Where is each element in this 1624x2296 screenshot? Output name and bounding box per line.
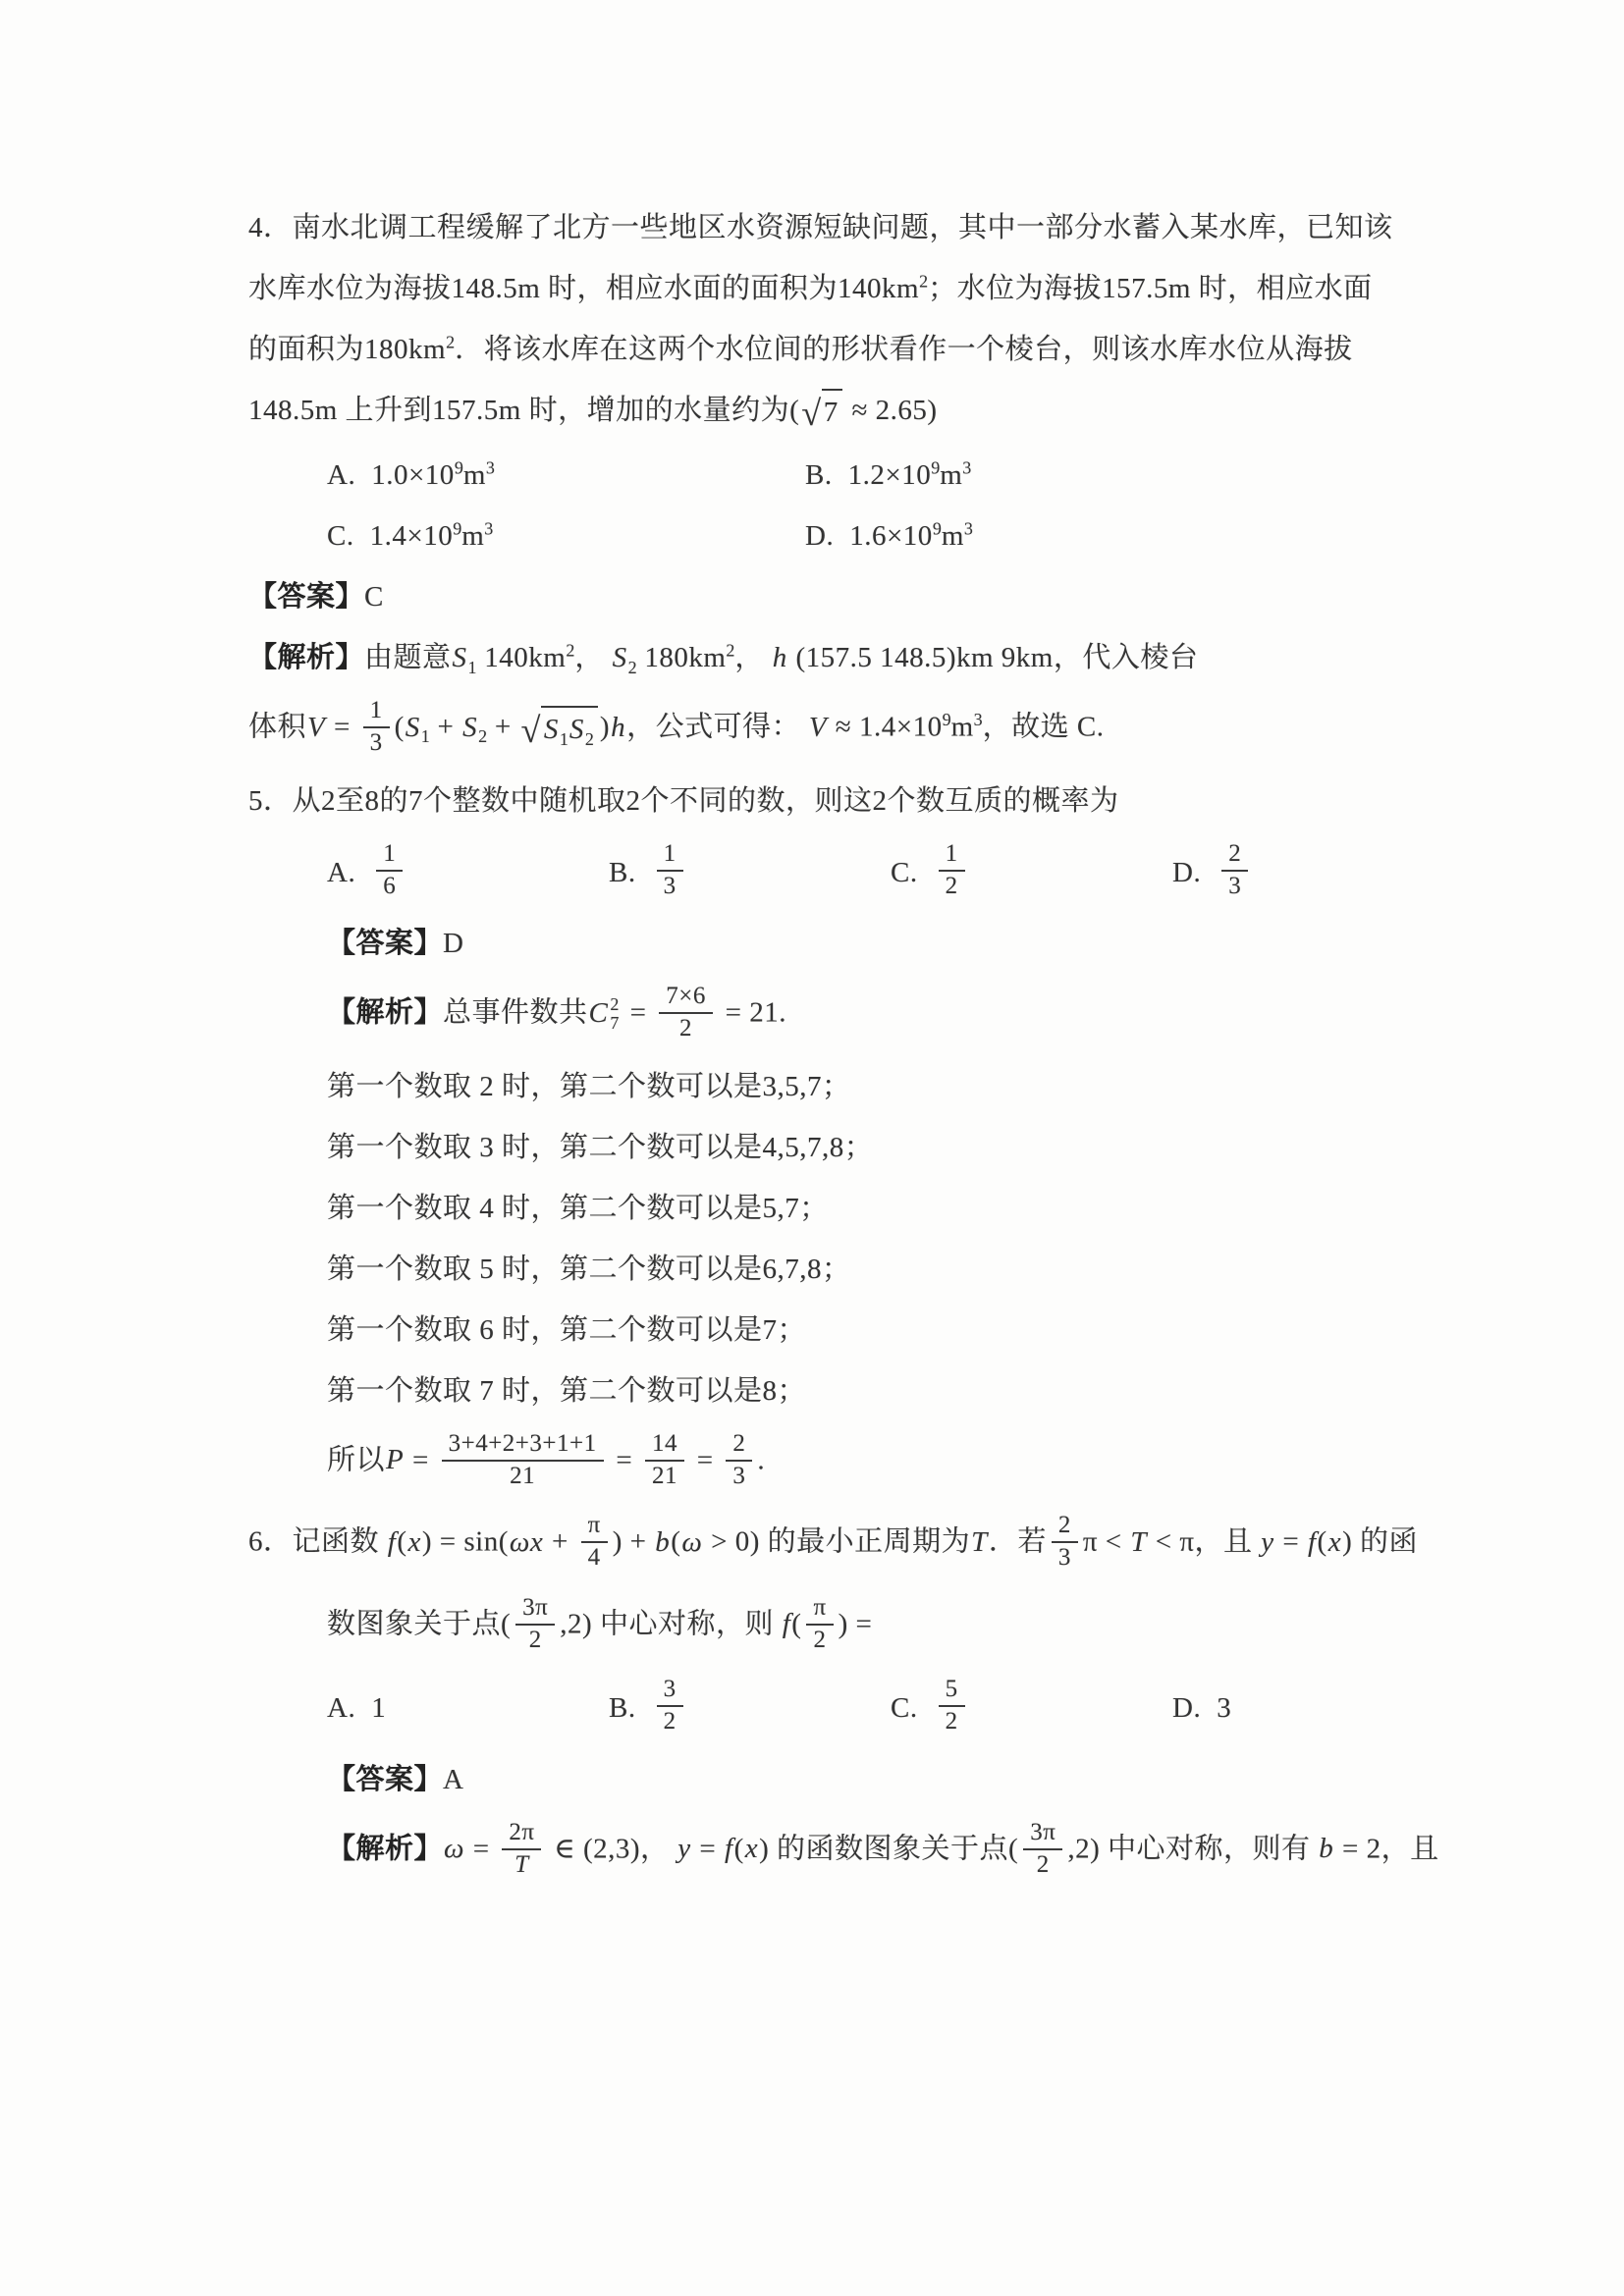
fraction-numerator: 3+4+2+3+1+1 [442,1430,604,1462]
italic-variable: T [970,1526,989,1558]
fraction-denominator: 2 [1030,1850,1056,1880]
italic-variable: f [1307,1526,1318,1558]
document-content: 4．南水北调工程缓解了北方一些地区水资源短缺问题，其中一部分水蓄入某水库，已知该… [248,208,1379,1881]
option-value: 13 [652,842,688,903]
superscript: 2 [726,641,734,661]
italic-variable: P [385,1444,405,1475]
q4-stem-line-3: 的面积为180km2．将该水库在这两个水位间的形状看作一个棱台，则该水库水位从海… [248,330,1379,369]
fraction-numerator: 7×6 [659,983,713,1014]
italic-variable: x [744,1833,759,1864]
superscript: 3 [484,519,493,539]
option-item: B.13 [609,842,891,903]
fraction-numerator: 3 [657,1676,683,1707]
italic-variable: S [461,712,478,743]
fraction: 23 [1221,840,1248,901]
option-label: A. [327,455,355,495]
section-marker: 【答案】 [327,1764,443,1795]
subscript: 1 [421,727,430,747]
exam-page: 4．南水北调工程缓解了北方一些地区水资源短缺问题，其中一部分水蓄入某水库，已知该… [0,0,1624,2296]
fraction-numerator: 2 [726,1430,752,1462]
fraction-denominator: 21 [645,1462,684,1491]
option-value: 1.0×109m3 [371,455,495,495]
radical-sign-icon: √ [520,712,540,749]
option-item: D.3 [1172,1678,1454,1738]
subscript: 2 [478,727,487,747]
fraction-numerator: 5 [939,1676,965,1707]
option-value: 1.2×109m3 [848,455,972,495]
fraction-denominator: 4 [581,1543,608,1573]
option-item: D.23 [1172,842,1454,903]
q4-stem-line-2: 水库水位为海拔148.5m 时，相应水面的面积为140km2；水位为海拔157.… [248,269,1379,308]
option-item: C.1.4×109m3 [327,516,805,556]
q4-answer: 【答案】C [248,577,1379,616]
fraction-numerator: 14 [645,1430,684,1462]
italic-variable: y [1260,1526,1274,1558]
fraction-denominator: 3 [363,728,390,758]
fraction: 23 [1052,1512,1078,1573]
superscript: 9 [933,519,942,539]
fraction: 23 [726,1430,752,1491]
superscript: 9 [455,458,463,478]
q6-answer: 【答案】A [248,1760,1379,1799]
option-label: A. [327,1688,355,1728]
option-value: 12 [934,842,970,903]
sqrt-radical: √7 [801,389,841,432]
superscript-subscript: 27 [610,995,620,1033]
fraction: 12 [939,840,965,901]
sqrt-radical: √S1S2 [520,706,597,749]
subscript: 2 [628,658,637,677]
option-label: D. [1172,853,1201,892]
option-value: 32 [652,1678,688,1738]
fraction: π2 [806,1594,833,1655]
q5-analysis-line-1: 【解析】总事件数共C27 = 7×62 = 21. [248,985,1379,1045]
superscript: 2 [919,271,928,291]
fraction-numerator: 1 [939,840,965,872]
italic-variable: S [405,712,421,743]
section-marker: 【解析】 [327,1833,443,1864]
option-value: 3 [1217,1688,1231,1728]
subscript: 7 [610,1014,620,1033]
fraction-numerator: 3π [515,1594,555,1626]
fraction: 3π2 [1023,1819,1062,1880]
fraction: 32 [657,1676,683,1736]
superscript: 2 [566,641,574,661]
superscript: 3 [962,458,971,478]
superscript: 2 [610,995,620,1014]
fraction-numerator: π [581,1512,608,1543]
fraction-denominator: 2 [522,1626,549,1655]
option-item: C.52 [891,1678,1172,1738]
option-label: C. [327,516,354,556]
fraction-denominator: 3 [1052,1543,1078,1573]
italic-variable: f [387,1526,398,1558]
option-value: 1.6×109m3 [849,516,973,556]
option-value: 1.4×109m3 [370,516,494,556]
fraction: 3π2 [515,1594,555,1655]
fraction: 7×62 [659,983,713,1043]
fraction: 52 [939,1676,965,1736]
fraction-numerator: π [806,1594,833,1626]
q5-analysis-line-5: 第一个数取 5 时，第二个数可以是6,7,8； [248,1250,1379,1289]
q5-analysis-line-3: 第一个数取 3 时，第二个数可以是4,5,7,8； [248,1128,1379,1167]
superscript: 9 [931,458,940,478]
superscript: 9 [943,710,951,729]
fraction: 1421 [645,1430,684,1491]
superscript: 3 [964,519,973,539]
q5-analysis-line-2: 第一个数取 2 时，第二个数可以是3,5,7； [248,1067,1379,1106]
q4-stem-line-4: 148.5m 上升到157.5m 时，增加的水量约为(√7 ≈ 2.65) [248,391,1379,434]
q5-stem: 5．从2至8的7个整数中随机取2个不同的数，则这2个数互质的概率为 [248,781,1379,821]
italic-variable: ω [680,1526,703,1558]
q6-stem-line-1: 6．记函数 f(x) = sin(ωx + π4) + b(ω > 0) 的最小… [248,1514,1379,1575]
option-label: A. [327,853,355,892]
option-item: A.1.0×109m3 [327,455,805,495]
q5-answer: 【答案】D [248,924,1379,963]
fraction-denominator: 3 [726,1462,752,1491]
option-label: B. [609,853,636,892]
superscript: 2 [446,332,455,351]
option-label: B. [609,1688,636,1728]
section-marker: 【解析】 [248,642,364,673]
q5-analysis-line-8: 所以P = 3+4+2+3+1+121 = 1421 = 23. [248,1432,1379,1493]
section-marker: 【答案】 [248,581,364,613]
option-label: D. [1172,1688,1201,1728]
fraction-denominator: 3 [657,872,683,901]
fraction-numerator: 2π [502,1819,541,1850]
fraction-denominator: 2 [939,1707,965,1736]
fraction-denominator: 6 [376,872,403,901]
option-item: A.16 [327,842,609,903]
option-label: C. [891,853,918,892]
option-value: 1 [371,1688,386,1728]
fraction-numerator: 1 [376,840,403,872]
italic-variable: b [1318,1833,1334,1864]
radical-sign-icon: √ [801,395,821,432]
italic-variable: ωx [509,1526,544,1558]
italic-variable: C [588,997,610,1029]
fraction-denominator: 2 [657,1707,683,1736]
fraction: 2πT [502,1819,541,1880]
fraction-numerator: 2 [1221,840,1248,872]
option-value: 23 [1217,842,1253,903]
option-value: 52 [934,1678,970,1738]
option-item: D.1.6×109m3 [805,516,1283,556]
fraction-numerator: 2 [1052,1512,1078,1543]
option-item: A.1 [327,1678,609,1738]
radicand: 7 [822,389,842,432]
q4-analysis-line-1: 【解析】由题意S1 140km2， S2 180km2， h (157.5 14… [248,638,1379,677]
italic-variable: b [654,1526,671,1558]
q5-analysis-line-7: 第一个数取 7 时，第二个数可以是8； [248,1371,1379,1411]
italic-variable: S [543,714,560,745]
italic-variable: x [1327,1526,1342,1558]
italic-variable: S [452,642,468,673]
q6-options-row: A.1B.32C.52D.3 [248,1678,1379,1738]
superscript: 3 [974,710,983,729]
italic-variable: V [808,712,828,743]
section-marker: 【答案】 [327,928,443,959]
italic-variable: T [514,1851,529,1878]
fraction: 16 [376,840,403,901]
option-label: B. [805,455,833,495]
italic-variable: h [610,712,626,743]
q4-analysis-line-2: 体积V = 13(S1 + S2 + √S1S2)h，公式可得： V ≈ 1.4… [248,699,1379,760]
superscript: 3 [486,458,495,478]
italic-variable: S [568,714,585,745]
fraction-denominator: T [507,1850,536,1880]
q4-stem-line-1: 4．南水北调工程缓解了北方一些地区水资源短缺问题，其中一部分水蓄入某水库，已知该 [248,208,1379,247]
q6-stem-line-2: 数图象关于点(3π2,2) 中心对称，则 f(π2) = [248,1596,1379,1657]
italic-variable: V [306,712,326,743]
q5-analysis-line-4: 第一个数取 4 时，第二个数可以是5,7； [248,1189,1379,1228]
q6-analysis-line-1: 【解析】ω = 2πT ∈ (2,3)， y = f(x) 的函数图象关于点(3… [248,1821,1379,1882]
option-item: B.32 [609,1678,891,1738]
option-label: D. [805,516,834,556]
subscript: 1 [468,658,477,677]
italic-variable: f [724,1833,734,1864]
italic-variable: T [1129,1526,1148,1558]
q4-options-row-2: C.1.4×109m3D.1.6×109m3 [248,516,1379,556]
fraction: 13 [363,697,390,758]
fraction-denominator: 2 [807,1626,834,1655]
radicand: S1S2 [541,706,598,749]
fraction-numerator: 1 [657,840,683,872]
fraction-denominator: 21 [503,1462,542,1491]
fraction: 3+4+2+3+1+121 [442,1430,604,1491]
fraction-numerator: 1 [363,697,390,728]
italic-variable: S [612,642,628,673]
section-marker: 【解析】 [327,997,443,1029]
italic-variable: h [772,642,788,673]
option-label: C. [891,1688,918,1728]
fraction-denominator: 2 [673,1014,699,1043]
option-value: 16 [371,842,407,903]
q5-analysis-line-6: 第一个数取 6 时，第二个数可以是7； [248,1310,1379,1350]
subscript: 2 [585,729,594,749]
fraction: π4 [581,1512,608,1573]
q4-options-row-1: A.1.0×109m3B.1.2×109m3 [248,455,1379,495]
fraction-numerator: 3π [1023,1819,1062,1850]
italic-variable: y [677,1833,691,1864]
option-item: C.12 [891,842,1172,903]
fraction: 13 [657,840,683,901]
italic-variable: x [407,1526,422,1558]
q5-options-row: A.16B.13C.12D.23 [248,842,1379,903]
italic-variable: ω [443,1833,465,1864]
option-item: B.1.2×109m3 [805,455,1283,495]
fraction-denominator: 3 [1221,872,1248,901]
fraction-denominator: 2 [939,872,965,901]
italic-variable: f [782,1608,792,1639]
superscript: 9 [453,519,461,539]
